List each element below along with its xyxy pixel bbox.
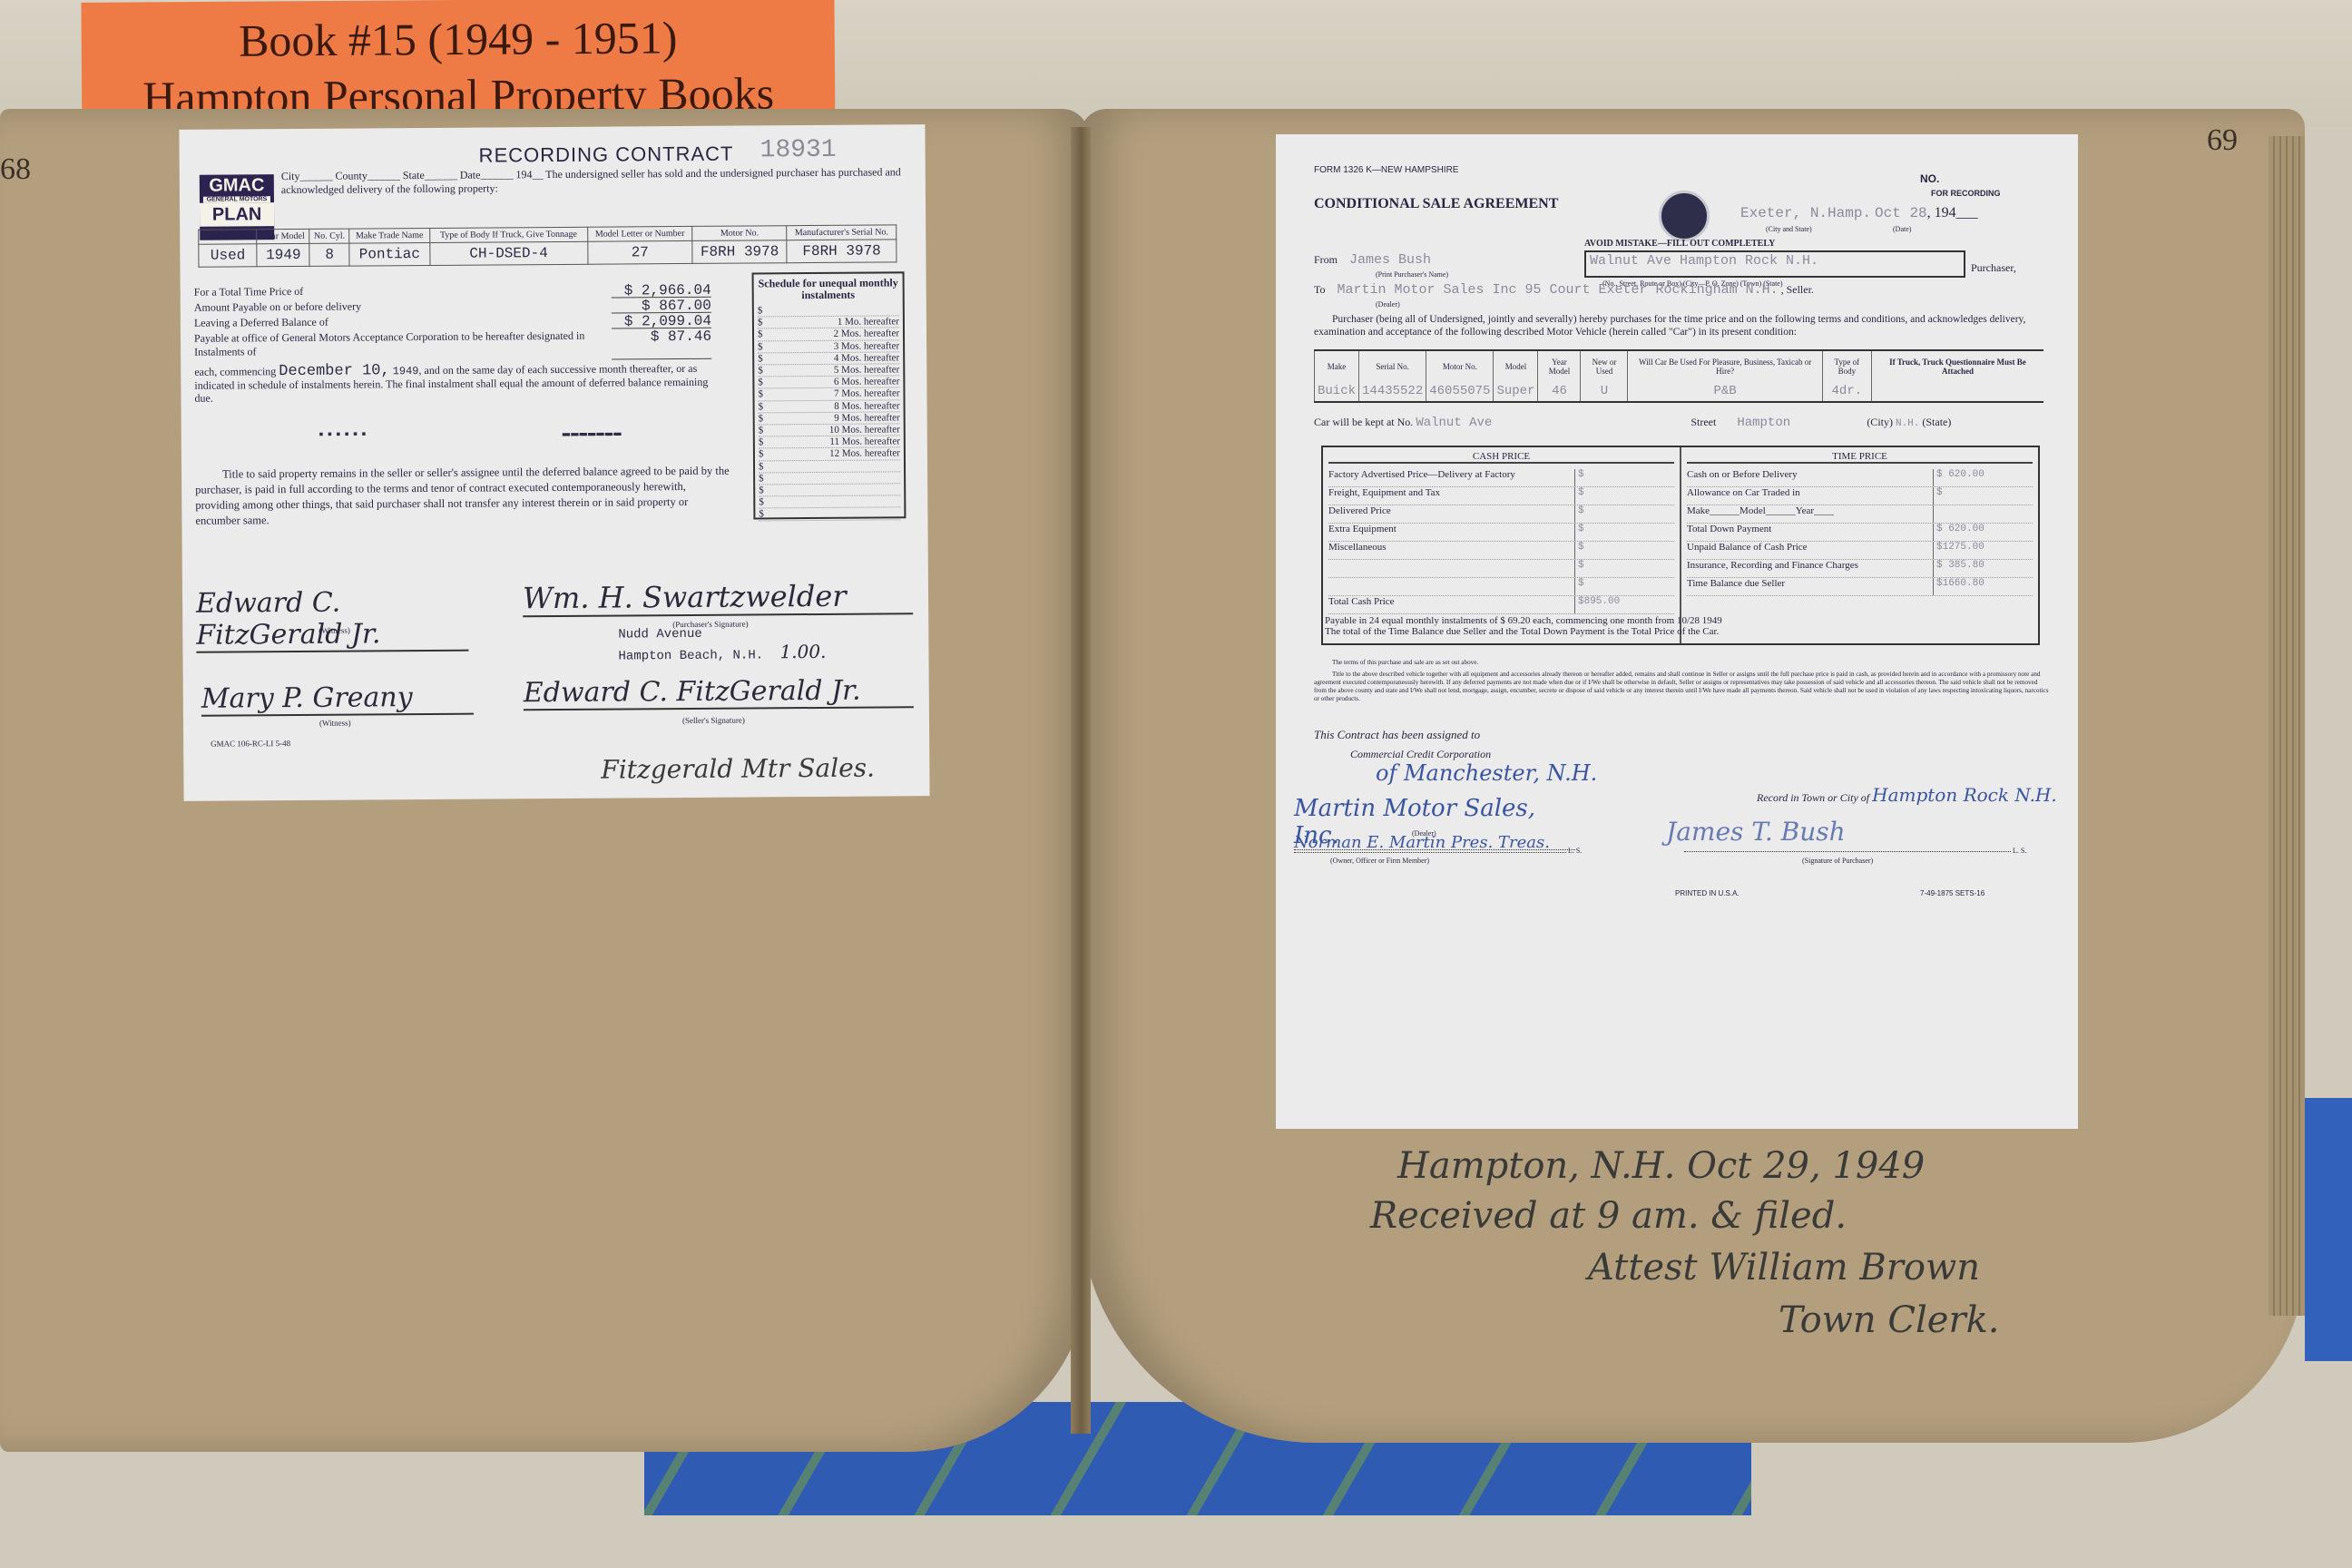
schedule-row: $ [759, 508, 900, 521]
schedule-row: $7 Mos. hereafter [758, 388, 899, 401]
schedule-row: $11 Mos. hereafter [759, 436, 900, 449]
time-price-column: TIME PRICE Cash on or Before Delivery$ 6… [1680, 447, 2038, 643]
assignee-city-signature: of Manchester, N.H. [1376, 760, 1597, 786]
price-row: Miscellaneous$ [1328, 542, 1674, 560]
price-row: Allowance on Car Traded in$ [1687, 487, 2033, 505]
terms-text: The terms of this purchase and sale are … [1314, 659, 2049, 703]
fee-note: 1.00. [779, 641, 826, 662]
title-clause: Title to said property remains in the se… [195, 464, 730, 529]
price-row: Extra Equipment$ [1328, 524, 1674, 542]
schedule-row: $6 Mos. hereafter [758, 377, 899, 389]
schedule-row: $3 Mos. hereafter [758, 340, 899, 353]
schedule-row: $ [758, 304, 899, 317]
schedule-rows: $$1 Mo. hereafter$2 Mos. hereafter$3 Mos… [758, 304, 901, 521]
price-row: Total Down Payment$ 620.00 [1687, 524, 2033, 542]
dealer-handwritten-note: Fitzgerald Mtr Sales. [601, 753, 875, 785]
vehicle-table: Make Serial No. Motor No. Model Year Mod… [1314, 349, 2043, 403]
page-number-left: 68 [0, 152, 31, 187]
amount-row: Payable at office of General Motors Acce… [194, 328, 711, 363]
price-row: Freight, Equipment and Tax$ [1328, 487, 1674, 505]
from-line: From James Bush [1314, 252, 1431, 268]
schedule-row: $10 Mos. hereafter [759, 424, 900, 436]
form-sets-code: 7-49-1875 SETS-16 [1920, 889, 1984, 897]
printed-in-usa: PRINTED IN U.S.A. [1675, 889, 1739, 897]
agreement-title: CONDITIONAL SALE AGREEMENT [1314, 196, 1558, 212]
purchaser-signature: Wm. H. Swartzwelder [523, 578, 913, 617]
form-code: GMAC 106-RC-LI 5-48 [211, 739, 290, 749]
blue-tape-right [2305, 1098, 2352, 1361]
price-row: Time Balance due Seller$1660.80 [1687, 578, 2033, 596]
page-number-right: 69 [2207, 123, 2238, 158]
assignee: Commercial Credit Corporation [1350, 748, 1491, 761]
seller-signature: Edward C. FitzGerald Jr. [524, 674, 914, 710]
instalment-schedule: Schedule for unequal monthly instalments… [752, 271, 906, 519]
purchaser-address-box: Walnut Ave Hampton Rock N.H. [1584, 250, 1965, 278]
schedule-row: $ [759, 484, 900, 496]
purchaser-address: Nudd Avenue Hampton Beach, N.H. 1.00. [618, 624, 826, 666]
price-row: Factory Advertised Price—Delivery at Fac… [1328, 469, 1674, 487]
table-row: Buick 14435522 46055075 Super 46 U P&B 4… [1315, 381, 2044, 402]
commencing-clause: each, commencing December 10, 1949, and … [194, 362, 720, 405]
for-recording: FOR RECORDING [1931, 189, 2001, 198]
schedule-row: $ [759, 472, 900, 485]
conditional-sale-agreement: FORM 1326 K—NEW HAMPSHIRE NO. FOR RECORD… [1276, 134, 2078, 1129]
form-label: FORM 1326 K—NEW HAMPSHIRE [1314, 165, 1458, 175]
schedule-row: $8 Mos. hereafter [759, 400, 900, 413]
purchaser-name: James Bush [1349, 252, 1431, 268]
purchaser-signature: James T. Bush [1666, 817, 1846, 847]
purchaser-address: Walnut Ave Hampton Rock N.H. [1586, 253, 1818, 269]
car-kept-at: Car will be kept at No. Walnut Ave Stree… [1314, 416, 2043, 430]
witness2-signature: Mary P. Greany [201, 681, 474, 717]
price-row: $ [1328, 578, 1674, 596]
contract-intro: City______ County______ State______ Date… [281, 165, 907, 197]
table-row: Used 1949 8 Pontiac CH-DSED-4 27 F8RH 39… [199, 240, 897, 267]
schedule-row: $1 Mo. hereafter [758, 317, 899, 329]
dealer-name: Martin Motor Sales Inc 95 Court Exeter R… [1338, 282, 1779, 298]
book-label-line1: Book #15 (1949 - 1951) [82, 10, 835, 68]
recording-contract: RECORDING CONTRACT 18931 GMAC GENERAL MO… [179, 124, 929, 801]
contract-number: 18931 [759, 136, 836, 165]
schedule-row: $ [759, 460, 900, 473]
city-date: Exeter, N.Hamp. Oct 28, 194___ [1740, 205, 1978, 221]
page-edges [2269, 136, 2305, 1316]
purchase-paragraph: Purchaser (being all of Undersigned, joi… [1314, 313, 2049, 338]
cash-price-column: CASH PRICE Factory Advertised Price—Deli… [1323, 447, 1680, 643]
purchaser-signature-line [1684, 851, 2011, 852]
schedule-row: $4 Mos. hereafter [758, 352, 899, 365]
price-row: Make______Model______Year____ [1687, 505, 2033, 524]
typed-dashes: ▬▬▬▬▬▬▬ [563, 426, 622, 440]
property-table: New or Used Year Model No. Cyl. Make Tra… [198, 224, 897, 267]
price-row: Unpaid Balance of Cash Price$1275.00 [1687, 542, 2033, 560]
form-no: NO. [1920, 172, 1939, 185]
avoid-mistake-banner: AVOID MISTAKE—FILL OUT COMPLETELY [1584, 239, 1775, 249]
schedule-row: $2 Mos. hereafter [758, 328, 899, 341]
commercial-credit-seal-icon [1659, 191, 1710, 241]
to-line: To Martin Motor Sales Inc 95 Court Exete… [1314, 282, 1814, 298]
witness1-signature: Edward C. FitzGerald Jr. [196, 586, 468, 653]
payable-terms: Payable in 24 equal monthly instalments … [1325, 615, 2033, 637]
schedule-row: $12 Mos. hereafter [759, 448, 900, 461]
schedule-row: $ [759, 496, 900, 509]
contract-title: RECORDING CONTRACT [479, 142, 734, 168]
contract-amounts: For a Total Time Price of$ 2,966.04 Amou… [194, 282, 712, 363]
book-gutter [1071, 127, 1091, 1434]
price-row: $ [1328, 560, 1674, 578]
assigned-to: This Contract has been assigned to [1314, 728, 1480, 742]
schedule-row: $5 Mos. hereafter [758, 364, 899, 377]
typed-dashes: ▪▪▪▪▪▪ [318, 427, 369, 442]
price-row: Total Cash Price$895.00 [1328, 596, 1674, 614]
schedule-row: $9 Mos. hereafter [759, 412, 900, 425]
price-row: Cash on or Before Delivery$ 620.00 [1687, 469, 2033, 487]
price-row: Delivered Price$ [1328, 505, 1674, 524]
price-row: Insurance, Recording and Finance Charges… [1687, 560, 2033, 578]
officer-signature: Norman E. Martin Pres. Treas. [1294, 833, 1566, 853]
record-in-town: Record in Town or City of Hampton Rock N… [1757, 784, 2057, 806]
